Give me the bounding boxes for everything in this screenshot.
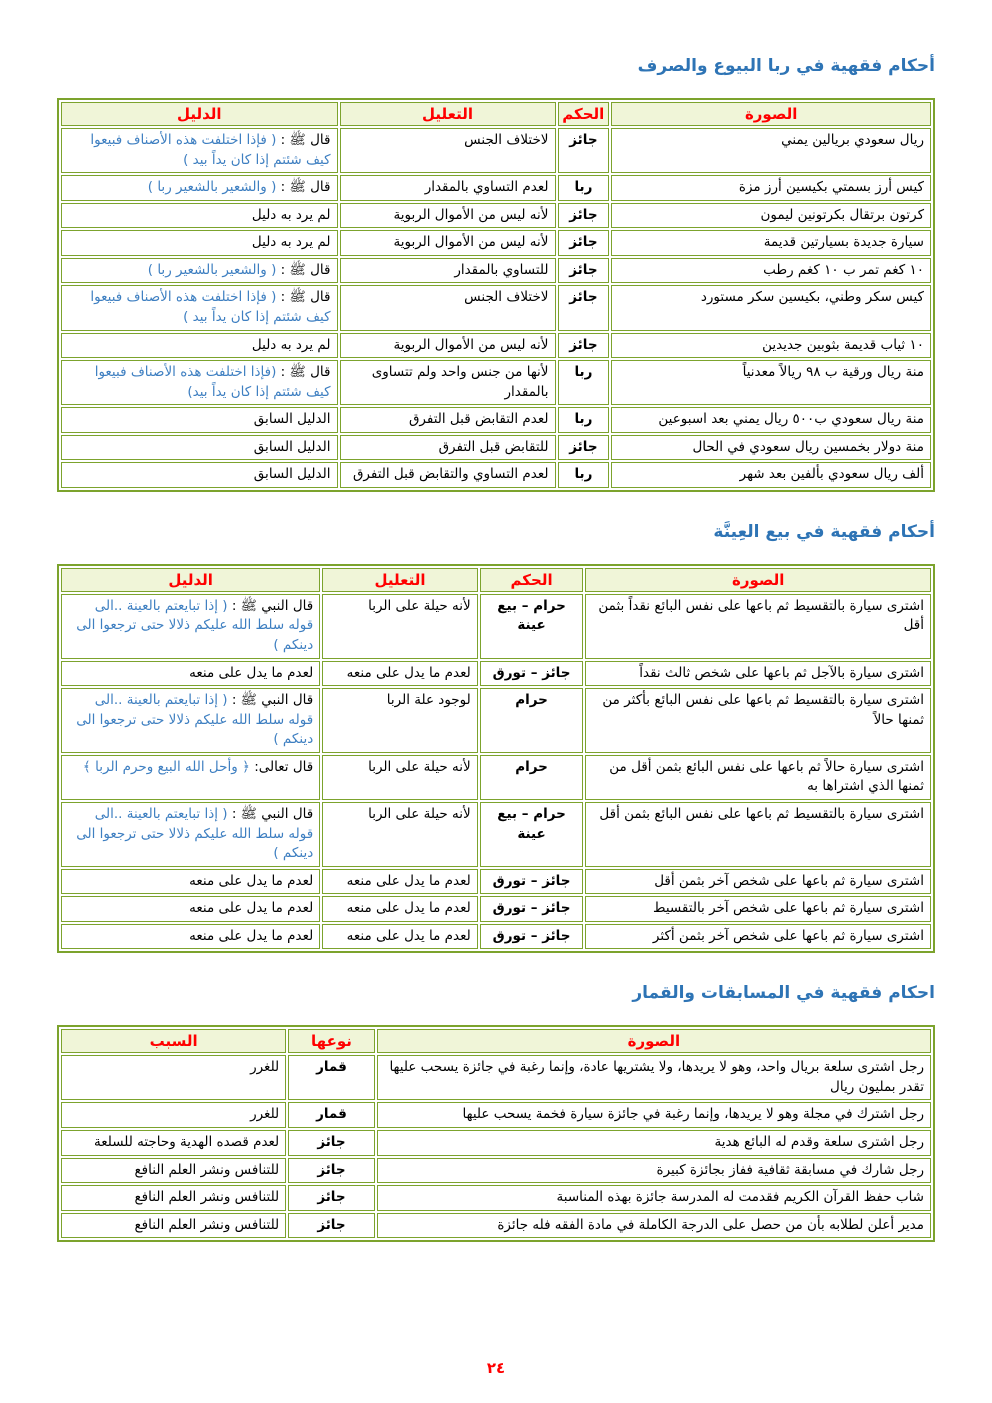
cell-case: اشترى سيارة حالاً ثم باعها على نفس البائ…: [585, 755, 931, 800]
evidence-prefix: قال ﷺ :: [276, 364, 330, 380]
cell-evidence: قال ﷺ : ( فإذا اختلفت هذه الأصناف فبيعوا…: [61, 285, 338, 330]
cell-ruling: جائز – تورق: [480, 924, 584, 950]
cell-evidence: لم يرد به دليل: [61, 203, 338, 229]
column-header-case: الصورة: [611, 102, 931, 126]
cell-ruling: حرام – بيع عينة: [480, 802, 584, 867]
table-row: ألف ريال سعودي بألفين بعد شهرربالعدم الت…: [61, 462, 931, 488]
cell-evidence: الدليل السابق: [61, 407, 338, 433]
table-row: رجل شارك في مسابقة ثقافية ففاز بجائزة كب…: [61, 1158, 931, 1184]
page-number: ٢٤: [0, 1359, 992, 1377]
cell-ruling: جائز: [558, 128, 610, 173]
cell-case: اشترى سيارة ثم باعها على شخص آخر بثمن أق…: [585, 869, 931, 895]
table-row: كيس سكر وطني، بكيسين سكر مستوردجائزلاختل…: [61, 285, 931, 330]
table-row: منة ريال سعودي ب٥٠٠ ريال يمني بعد اسبوعي…: [61, 407, 931, 433]
cell-reasoning: لعدم التساوي والتقابض قبل التفرق: [340, 462, 556, 488]
column-header-ruling: الحكم: [558, 102, 610, 126]
cell-reasoning: لأنه ليس من الأموال الربوية: [340, 333, 556, 359]
cell-reasoning: للتقابض قبل التفرق: [340, 435, 556, 461]
cell-ruling: حرام: [480, 755, 584, 800]
table-row: اشترى سيارة ثم باعها على شخص آخر بثمن أق…: [61, 869, 931, 895]
cell-ruling: جائز: [558, 203, 610, 229]
cell-evidence: لعدم ما يدل على منعه: [61, 924, 320, 950]
cell-ruling: ربا: [558, 407, 610, 433]
column-header-ruling: الحكم: [480, 568, 584, 592]
table-row: مدير أعلن لطلابه بأن من حصل على الدرجة ا…: [61, 1213, 931, 1239]
cell-case: ١٠ كغم تمر ب ١٠ كغم رطب: [611, 258, 931, 284]
page-content: أحكام فقهية في ربا البيوع والصرف الصورةا…: [0, 56, 992, 1242]
cell-case: سيارة جديدة بسيارتين قديمة: [611, 230, 931, 256]
cell-evidence: قال النبي ﷺ : ( إذا تبايعتم بالعينة ..ال…: [61, 802, 320, 867]
cell-case: ١٠ ثياب قديمة بثوبين جديدين: [611, 333, 931, 359]
cell-case: اشترى سيارة ثم باعها على شخص آخر بالتقسي…: [585, 896, 931, 922]
column-header-evidence: الدليل: [61, 568, 320, 592]
cell-reason: للغرر: [61, 1102, 286, 1128]
table-row: اشترى سيارة بالتقسيط ثم باعها على نفس ال…: [61, 802, 931, 867]
table-row: اشترى سيارة بالتقسيط ثم باعها على نفس ال…: [61, 594, 931, 659]
cell-evidence: قال تعالى: ﴿ وأحل الله البيع وحرم الربا …: [61, 755, 320, 800]
cell-case: اشترى سيارة ثم باعها على شخص آخر بثمن أك…: [585, 924, 931, 950]
table-row: اشترى سيارة بالتقسيط ثم باعها على نفس ال…: [61, 688, 931, 753]
cell-evidence: لعدم ما يدل على منعه: [61, 869, 320, 895]
contests-gambling-table-container: الصورةنوعهاالسببرجل اشترى سلعة بريال واح…: [57, 1025, 935, 1242]
cell-evidence: الدليل السابق: [61, 462, 338, 488]
cell-reasoning: لعدم ما يدل على منعه: [322, 661, 478, 687]
cell-case: اشترى سيارة بالتقسيط ثم باعها على نفس ال…: [585, 688, 931, 753]
cell-ruling: ربا: [558, 360, 610, 405]
cell-reason: للتنافس ونشر العلم النافع: [61, 1213, 286, 1239]
cell-case: رجل اشترى سلعة وقدم له البائع هدية: [377, 1130, 931, 1156]
cell-reasoning: لعدم ما يدل على منعه: [322, 924, 478, 950]
cell-reasoning: لعدم ما يدل على منعه: [322, 869, 478, 895]
table-row: كرتون برتقال بكرتونين ليمونجائزلأنه ليس …: [61, 203, 931, 229]
header-row: الصورةنوعهاالسبب: [61, 1029, 931, 1053]
cell-case: منة دولار بخمسين ريال سعودي في الحال: [611, 435, 931, 461]
fiqh-table: الصورةالحكمالتعليلالدليلاشترى سيارة بالت…: [57, 564, 935, 953]
cell-evidence: لعدم ما يدل على منعه: [61, 661, 320, 687]
cell-reasoning: لاختلاف الجنس: [340, 128, 556, 173]
cell-case: اشترى سيارة بالتقسيط ثم باعها على نفس ال…: [585, 802, 931, 867]
cell-case: اشترى سيارة بالتقسيط ثم باعها على نفس ال…: [585, 594, 931, 659]
cell-reasoning: لعدم ما يدل على منعه: [322, 896, 478, 922]
column-header-reasoning: التعليل: [340, 102, 556, 126]
cell-reasoning: لاختلاف الجنس: [340, 285, 556, 330]
table-row: ١٠ ثياب قديمة بثوبين جديدينجائزلأنه ليس …: [61, 333, 931, 359]
cell-evidence: قال النبي ﷺ : ( إذا تبايعتم بالعينة ..ال…: [61, 594, 320, 659]
cell-reasoning: لأنه حيلة على الربا: [322, 755, 478, 800]
cell-ruling: حرام: [480, 688, 584, 753]
cell-ruling: جائز: [558, 333, 610, 359]
cell-evidence: لعدم ما يدل على منعه: [61, 896, 320, 922]
cell-evidence: قال ﷺ : ( والشعير بالشعير ربا ): [61, 175, 338, 201]
cell-ruling: حرام – بيع عينة: [480, 594, 584, 659]
cell-reasoning: لأنه حيلة على الربا: [322, 594, 478, 659]
column-header-case: الصورة: [585, 568, 931, 592]
cell-case: مدير أعلن لطلابه بأن من حصل على الدرجة ا…: [377, 1213, 931, 1239]
evidence-prefix: قال ﷺ :: [276, 179, 330, 195]
cell-case: رجل اشترك في مجلة وهو لا يريدها، وإنما ر…: [377, 1102, 931, 1128]
cell-case: شاب حفظ القرآن الكريم فقدمت له المدرسة ج…: [377, 1185, 931, 1211]
cell-case: منة ريال سعودي ب٥٠٠ ريال يمني بعد اسبوعي…: [611, 407, 931, 433]
table-row: سيارة جديدة بسيارتين قديمةجائزلأنه ليس م…: [61, 230, 931, 256]
cell-case: كيس أرز بسمتي بكيسين أرز مزة: [611, 175, 931, 201]
inah-sale-table-container: الصورةالحكمالتعليلالدليلاشترى سيارة بالت…: [57, 564, 935, 953]
column-header-reason: السبب: [61, 1029, 286, 1053]
cell-reasoning: لعدم التساوي بالمقدار: [340, 175, 556, 201]
table-row: ريال سعودي بريالين يمنيجائزلاختلاف الجنس…: [61, 128, 931, 173]
column-header-reasoning: التعليل: [322, 568, 478, 592]
evidence-prefix: قال النبي ﷺ :: [228, 692, 314, 708]
cell-ruling: جائز – تورق: [480, 896, 584, 922]
evidence-prefix: قال النبي ﷺ :: [228, 806, 314, 822]
cell-ruling: ربا: [558, 175, 610, 201]
cell-reason: للتنافس ونشر العلم النافع: [61, 1185, 286, 1211]
cell-case: ريال سعودي بريالين يمني: [611, 128, 931, 173]
evidence-prefix: قال ﷺ :: [276, 132, 330, 148]
cell-reasoning: لأنه ليس من الأموال الربوية: [340, 230, 556, 256]
cell-evidence: قال النبي ﷺ : ( إذا تبايعتم بالعينة ..ال…: [61, 688, 320, 753]
fiqh-table: الصورةالحكمالتعليلالدليلريال سعودي بريال…: [57, 98, 935, 492]
header-row: الصورةالحكمالتعليلالدليل: [61, 102, 931, 126]
cell-ruling: جائز – تورق: [480, 661, 584, 687]
section-title-riba-sales: أحكام فقهية في ربا البيوع والصرف: [57, 56, 935, 76]
cell-ruling: جائز: [558, 258, 610, 284]
cell-type: جائز: [288, 1185, 375, 1211]
cell-case: كيس سكر وطني، بكيسين سكر مستورد: [611, 285, 931, 330]
cell-evidence: الدليل السابق: [61, 435, 338, 461]
document-page: أحكام فقهية في ربا البيوع والصرف الصورةا…: [0, 0, 992, 1403]
cell-reasoning: لعدم التقابض قبل التفرق: [340, 407, 556, 433]
cell-evidence: قال ﷺ : ( والشعير بالشعير ربا ): [61, 258, 338, 284]
cell-ruling: جائز – تورق: [480, 869, 584, 895]
cell-type: جائز: [288, 1130, 375, 1156]
column-header-type: نوعها: [288, 1029, 375, 1053]
table-row: رجل اشترى سلعة وقدم له البائع هديةجائزلع…: [61, 1130, 931, 1156]
table-row: شاب حفظ القرآن الكريم فقدمت له المدرسة ج…: [61, 1185, 931, 1211]
cell-reasoning: لوجود علة الربا: [322, 688, 478, 753]
table-row: كيس أرز بسمتي بكيسين أرز مزةربالعدم التس…: [61, 175, 931, 201]
evidence-prefix: قال ﷺ :: [276, 262, 330, 278]
cell-case: اشترى سيارة بالآجل ثم باعها على شخص ثالث…: [585, 661, 931, 687]
section-title-contests-gambling: احكام فقهية في المسابقات والقمار: [57, 983, 935, 1003]
cell-evidence: قال ﷺ : (فإذا اختلفت هذه الأصناف فبيعوا …: [61, 360, 338, 405]
riba-sales-table-container: الصورةالحكمالتعليلالدليلريال سعودي بريال…: [57, 98, 935, 492]
header-row: الصورةالحكمالتعليلالدليل: [61, 568, 931, 592]
table-row: ١٠ كغم تمر ب ١٠ كغم رطبجائزللتساوي بالمق…: [61, 258, 931, 284]
section-title-inah-sale: أحكام فقهية في بيع العِينَّة: [57, 522, 935, 542]
cell-type: جائز: [288, 1213, 375, 1239]
cell-evidence: لم يرد به دليل: [61, 230, 338, 256]
table-row: اشترى سيارة بالآجل ثم باعها على شخص ثالث…: [61, 661, 931, 687]
cell-reasoning: للتساوي بالمقدار: [340, 258, 556, 284]
table-row: منة ريال ورقية ب ٩٨ ريالاً معدنياًربالأن…: [61, 360, 931, 405]
evidence-prefix: قال ﷺ :: [276, 289, 330, 305]
cell-type: جائز: [288, 1158, 375, 1184]
cell-reasoning: لأنه حيلة على الربا: [322, 802, 478, 867]
table-row: منة دولار بخمسين ريال سعودي في الحالجائز…: [61, 435, 931, 461]
table-row: اشترى سيارة ثم باعها على شخص آخر بالتقسي…: [61, 896, 931, 922]
cell-case: كرتون برتقال بكرتونين ليمون: [611, 203, 931, 229]
evidence-quote: ( والشعير بالشعير ربا ): [148, 262, 277, 278]
column-header-evidence: الدليل: [61, 102, 338, 126]
cell-reason: لعدم قصده الهدية وحاجته للسلعة: [61, 1130, 286, 1156]
table-row: رجل اشترى سلعة بريال واحد، وهو لا يريدها…: [61, 1055, 931, 1100]
cell-reasoning: لأنها من جنس واحد ولم تتساوى بالمقدار: [340, 360, 556, 405]
cell-ruling: جائز: [558, 285, 610, 330]
evidence-quote: ﴿ وأحل الله البيع وحرم الربا ﴾: [83, 759, 250, 775]
cell-case: رجل اشترى سلعة بريال واحد، وهو لا يريدها…: [377, 1055, 931, 1100]
cell-ruling: ربا: [558, 462, 610, 488]
column-header-case: الصورة: [377, 1029, 931, 1053]
cell-evidence: قال ﷺ : ( فإذا اختلفت هذه الأصناف فبيعوا…: [61, 128, 338, 173]
evidence-quote: ( والشعير بالشعير ربا ): [148, 179, 277, 195]
cell-type: قمار: [288, 1102, 375, 1128]
cell-evidence: لم يرد به دليل: [61, 333, 338, 359]
cell-reason: للغرر: [61, 1055, 286, 1100]
evidence-prefix: قال النبي ﷺ :: [228, 598, 314, 614]
cell-case: منة ريال ورقية ب ٩٨ ريالاً معدنياً: [611, 360, 931, 405]
cell-type: قمار: [288, 1055, 375, 1100]
cell-reason: للتنافس ونشر العلم النافع: [61, 1158, 286, 1184]
cell-case: رجل شارك في مسابقة ثقافية ففاز بجائزة كب…: [377, 1158, 931, 1184]
cell-ruling: جائز: [558, 435, 610, 461]
fiqh-table: الصورةنوعهاالسببرجل اشترى سلعة بريال واح…: [57, 1025, 935, 1242]
evidence-prefix: قال تعالى:: [250, 759, 313, 775]
cell-ruling: جائز: [558, 230, 610, 256]
cell-reasoning: لأنه ليس من الأموال الربوية: [340, 203, 556, 229]
cell-case: ألف ريال سعودي بألفين بعد شهر: [611, 462, 931, 488]
table-row: اشترى سيارة ثم باعها على شخص آخر بثمن أك…: [61, 924, 931, 950]
table-row: اشترى سيارة حالاً ثم باعها على نفس البائ…: [61, 755, 931, 800]
table-row: رجل اشترك في مجلة وهو لا يريدها، وإنما ر…: [61, 1102, 931, 1128]
